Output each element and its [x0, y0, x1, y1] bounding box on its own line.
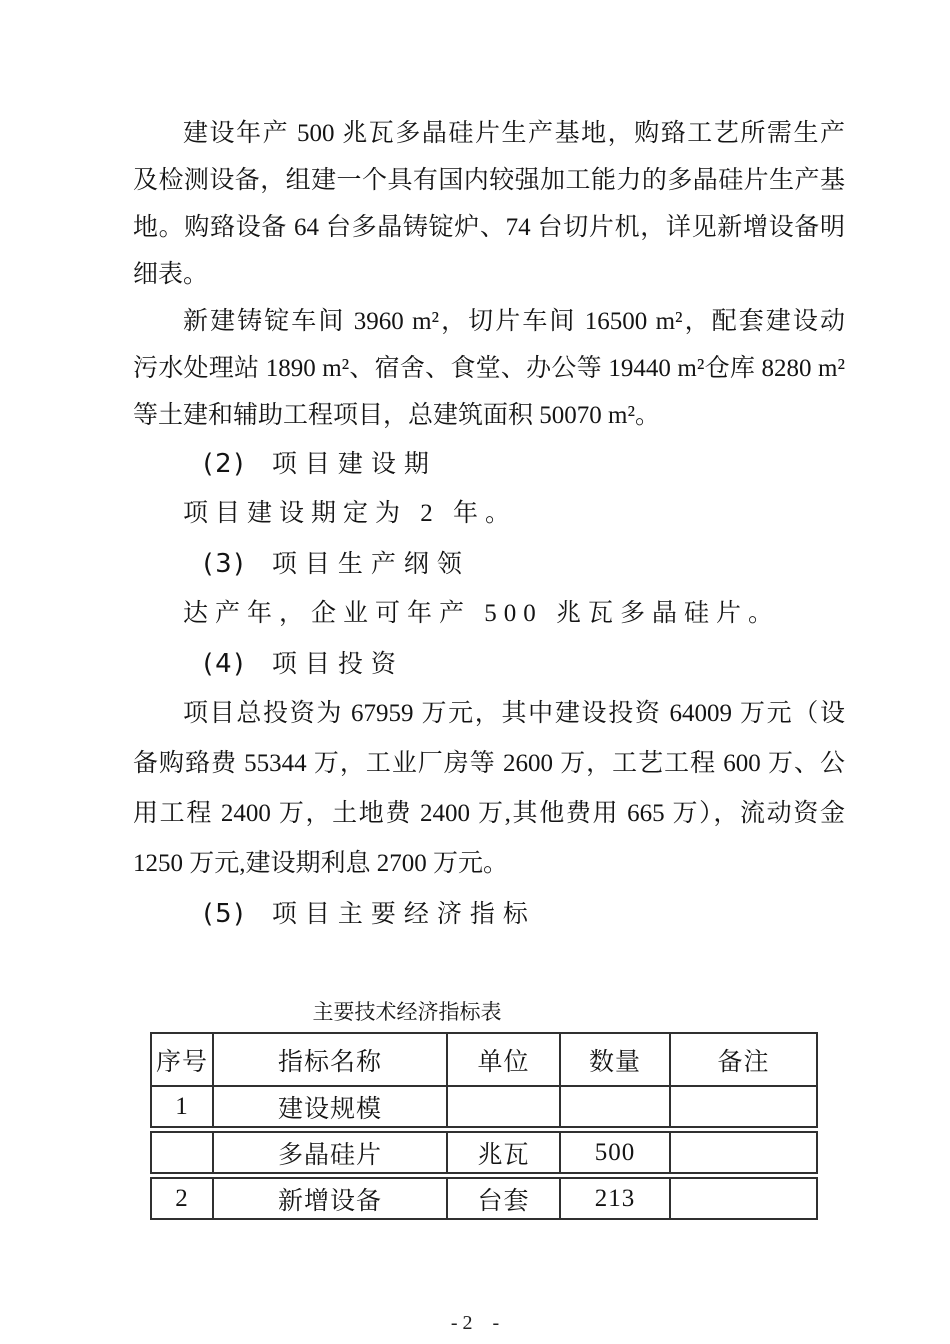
table-row: 1 建设规模 [150, 1085, 818, 1128]
heading-number: (5) [203, 899, 246, 929]
paragraph-construction-base: 建设年产 500 兆瓦多晶硅片生产基地，购臵工艺所需生产 及检测设备，组建一个具… [133, 110, 845, 298]
text-line: 等土建和辅助工程项目，总建筑面积 50070 m²。 [133, 392, 845, 439]
heading-project-investment: (4)项目投资 [133, 639, 845, 689]
cell-remark [671, 1179, 816, 1218]
table-title: 主要技术经济指标表 [133, 996, 681, 1029]
cell-quantity: 500 [561, 1133, 671, 1172]
text-line: 新建铸锭车间 3960 m²，切片车间 16500 m²，配套建设动力、 [133, 298, 845, 345]
heading-main-economic-indicators: (5)项目主要经济指标 [133, 889, 845, 939]
cell-remark [671, 1087, 816, 1126]
heading-label: 项目建设期 [272, 451, 437, 478]
paragraph-investment-detail: 项目总投资为 67959 万元，其中建设投资 64009 万元（设 备购臵费 5… [133, 689, 845, 889]
header-cell-serial: 序号 [152, 1034, 214, 1085]
text-line: 备购臵费 55344 万，工业厂房等 2600 万，工艺工程 600 万、公 [133, 739, 845, 789]
cell-indicator: 建设规模 [214, 1087, 448, 1126]
text-line: 及检测设备，组建一个具有国内较强加工能力的多晶硅片生产基 [133, 157, 845, 204]
paragraph-civil-works: 新建铸锭车间 3960 m²，切片车间 16500 m²，配套建设动力、 污水处… [133, 298, 845, 439]
header-cell-unit: 单位 [448, 1034, 561, 1085]
header-cell-quantity: 数量 [561, 1034, 671, 1085]
heading-number: (3) [203, 549, 246, 579]
cell-unit: 兆瓦 [448, 1133, 561, 1172]
header-cell-remark: 备注 [671, 1034, 816, 1085]
page-number: - 2 - [0, 1308, 950, 1338]
table-row: 2 新增设备 台套 213 [150, 1177, 818, 1220]
heading-label: 项目生产纲领 [272, 551, 470, 578]
cell-indicator: 多晶硅片 [214, 1133, 448, 1172]
cell-serial: 2 [152, 1179, 214, 1218]
page-body: 建设年产 500 兆瓦多晶硅片生产基地，购臵工艺所需生产 及检测设备，组建一个具… [133, 110, 845, 1220]
table-header-row: 序号 指标名称 单位 数量 备注 [150, 1032, 818, 1087]
header-cell-indicator: 指标名称 [214, 1034, 448, 1085]
text-line: 项目总投资为 67959 万元，其中建设投资 64009 万元（设 [133, 689, 845, 739]
document-page: 建设年产 500 兆瓦多晶硅片生产基地，购臵工艺所需生产 及检测设备，组建一个具… [0, 0, 950, 1344]
heading-number: (4) [203, 649, 246, 679]
text-line: 1250 万元,建设期利息 2700 万元。 [133, 839, 845, 889]
heading-production-program: (3)项目生产纲领 [133, 539, 845, 589]
text-line: 建设年产 500 兆瓦多晶硅片生产基地，购臵工艺所需生产 [133, 110, 845, 157]
heading-label: 项目主要经济指标 [272, 901, 536, 928]
cell-serial: 1 [152, 1087, 214, 1126]
text-line: 污水处理站 1890 m²、宿舍、食堂、办公等 19440 m²仓库 8280 … [133, 345, 845, 392]
cell-indicator: 新增设备 [214, 1179, 448, 1218]
heading-number: (2) [203, 449, 246, 479]
text-line: 用工程 2400 万，土地费 2400 万,其他费用 665 万），流动资金 [133, 789, 845, 839]
cell-quantity [561, 1087, 671, 1126]
cell-serial [152, 1133, 214, 1172]
cell-unit [448, 1087, 561, 1126]
text-line: 细表。 [133, 251, 845, 298]
indicators-table: 序号 指标名称 单位 数量 备注 1 建设规模 多晶硅片 兆瓦 500 [150, 1032, 818, 1220]
cell-unit: 台套 [448, 1179, 561, 1218]
cell-remark [671, 1133, 816, 1172]
table-row: 多晶硅片 兆瓦 500 [150, 1131, 818, 1174]
text-line: 地。购臵设备 64 台多晶铸锭炉、74 台切片机，详见新增设备明 [133, 204, 845, 251]
heading-project-construction-period: (2)项目建设期 [133, 439, 845, 489]
paragraph-production-capacity: 达产年，企业可年产 500 兆瓦多晶硅片。 [133, 589, 845, 639]
paragraph-construction-period: 项目建设期定为 2 年。 [133, 489, 845, 539]
cell-quantity: 213 [561, 1179, 671, 1218]
heading-label: 项目投资 [272, 651, 404, 678]
